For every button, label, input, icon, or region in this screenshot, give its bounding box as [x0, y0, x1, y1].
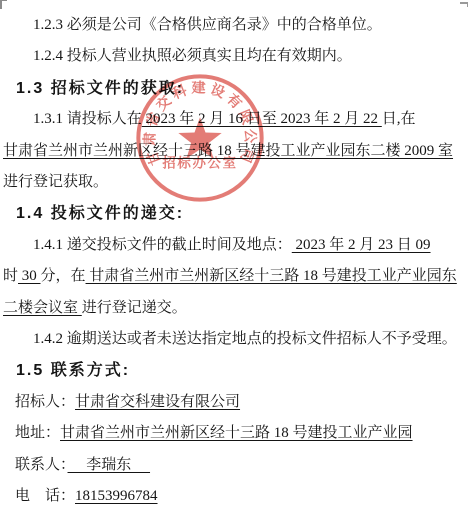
- clause-text: 日,在: [382, 111, 416, 127]
- contact-label: 地址：: [15, 425, 60, 441]
- clause-text: 1.4.1 递交投标文件的截止时间及地点：: [33, 237, 292, 253]
- clause-text: 时: [3, 268, 18, 284]
- clause-1-2-3: 1.2.3 必须是公司《合格供应商名录》中的合格单位。: [3, 10, 467, 41]
- filled-blank-submit-address: 甘肃省兰州市兰州新区经十三路 18 号建投工业产业园东: [86, 268, 457, 284]
- clause-1-4-1-line1: 1.4.1 递交投标文件的截止时间及地点： 2023 年 2 月 23 日 09: [3, 230, 467, 261]
- clause-1-3-1-line2: 甘肃省兰州市兰州新区经十三路 18 号建投工业产业园东二楼 2009 室: [3, 136, 467, 167]
- contact-label: 联系人：: [15, 457, 68, 473]
- heading-text: 1.5 联系方式:: [16, 362, 130, 379]
- clause-text: 进行登记获取。: [3, 174, 108, 190]
- contact-phone-row: 电 话：18153996784: [3, 481, 467, 512]
- heading-text: 1.4 投标文件的递交:: [16, 205, 184, 222]
- contact-bidder-value: 甘肃省交科建设有限公司: [75, 394, 240, 410]
- clause-1-3-1-line1: 1.3.1 请投标人在 2023 年 2 月 16 日至 2023 年 2 月 …: [3, 104, 467, 135]
- clause-text: 1.3.1 请投标人在: [33, 111, 142, 127]
- document-page: 1.2.3 必须是公司《合格供应商名录》中的合格单位。 1.2.4 投标人营业执…: [0, 0, 469, 522]
- contact-address-value: 甘肃省兰州市兰州新区经十三路 18 号建投工业产业园: [60, 425, 413, 441]
- filled-blank-deadline-date: 2023 年 2 月 23 日 09: [292, 237, 431, 253]
- filled-blank-room: 二楼会议室: [3, 300, 82, 316]
- clause-text: 1.2.4 投标人营业执照必须真实且均在有效期内。: [33, 48, 352, 64]
- heading-1-5: 1.5 联系方式:: [3, 355, 467, 386]
- clause-text: 1.2.3 必须是公司《合格供应商名录》中的合格单位。: [33, 17, 382, 33]
- filled-blank-dates: 2023 年 2 月 16 日至 2023 年 2 月 22: [142, 111, 382, 127]
- contact-person-row: 联系人： 李瑞东: [3, 450, 467, 481]
- filled-blank-minutes: 30: [18, 268, 41, 284]
- heading-1-4: 1.4 投标文件的递交:: [3, 198, 467, 229]
- clause-1-4-1-line2: 时 30 分，在 甘肃省兰州市兰州新区经十三路 18 号建投工业产业园东: [3, 261, 467, 292]
- clause-text: 进行登记递交。: [82, 300, 187, 316]
- clause-text: 1.4.2 逾期送达或者未送达指定地点的投标文件招标人不予受理。: [33, 331, 457, 347]
- clause-1-2-4: 1.2.4 投标人营业执照必须真实且均在有效期内。: [3, 41, 467, 72]
- document-body: 1.2.3 必须是公司《合格供应商名录》中的合格单位。 1.2.4 投标人营业执…: [0, 0, 469, 522]
- contact-address-row: 地址：甘肃省兰州市兰州新区经十三路 18 号建投工业产业园: [3, 418, 467, 449]
- contact-bidder-row: 招标人：甘肃省交科建设有限公司: [3, 387, 467, 418]
- contact-label: 电 话：: [15, 488, 75, 504]
- clause-1-4-2: 1.4.2 逾期送达或者未送达指定地点的投标文件招标人不予受理。: [3, 324, 467, 355]
- heading-text: 1.3 招标文件的获取:: [16, 80, 184, 97]
- clause-1-4-1-line3: 二楼会议室 进行登记递交。: [3, 293, 467, 324]
- contact-label: 招标人：: [15, 394, 75, 410]
- filled-blank-address: 甘肃省兰州市兰州新区经十三路 18 号建投工业产业园东二楼 2009 室: [3, 143, 453, 159]
- contact-phone-value: 18153996784: [75, 488, 158, 504]
- contact-person-value: 李瑞东: [68, 457, 151, 473]
- heading-1-3: 1.3 招标文件的获取:: [3, 73, 467, 104]
- clause-text: 分，在: [41, 268, 86, 284]
- clause-1-3-1-line3: 进行登记获取。: [3, 167, 467, 198]
